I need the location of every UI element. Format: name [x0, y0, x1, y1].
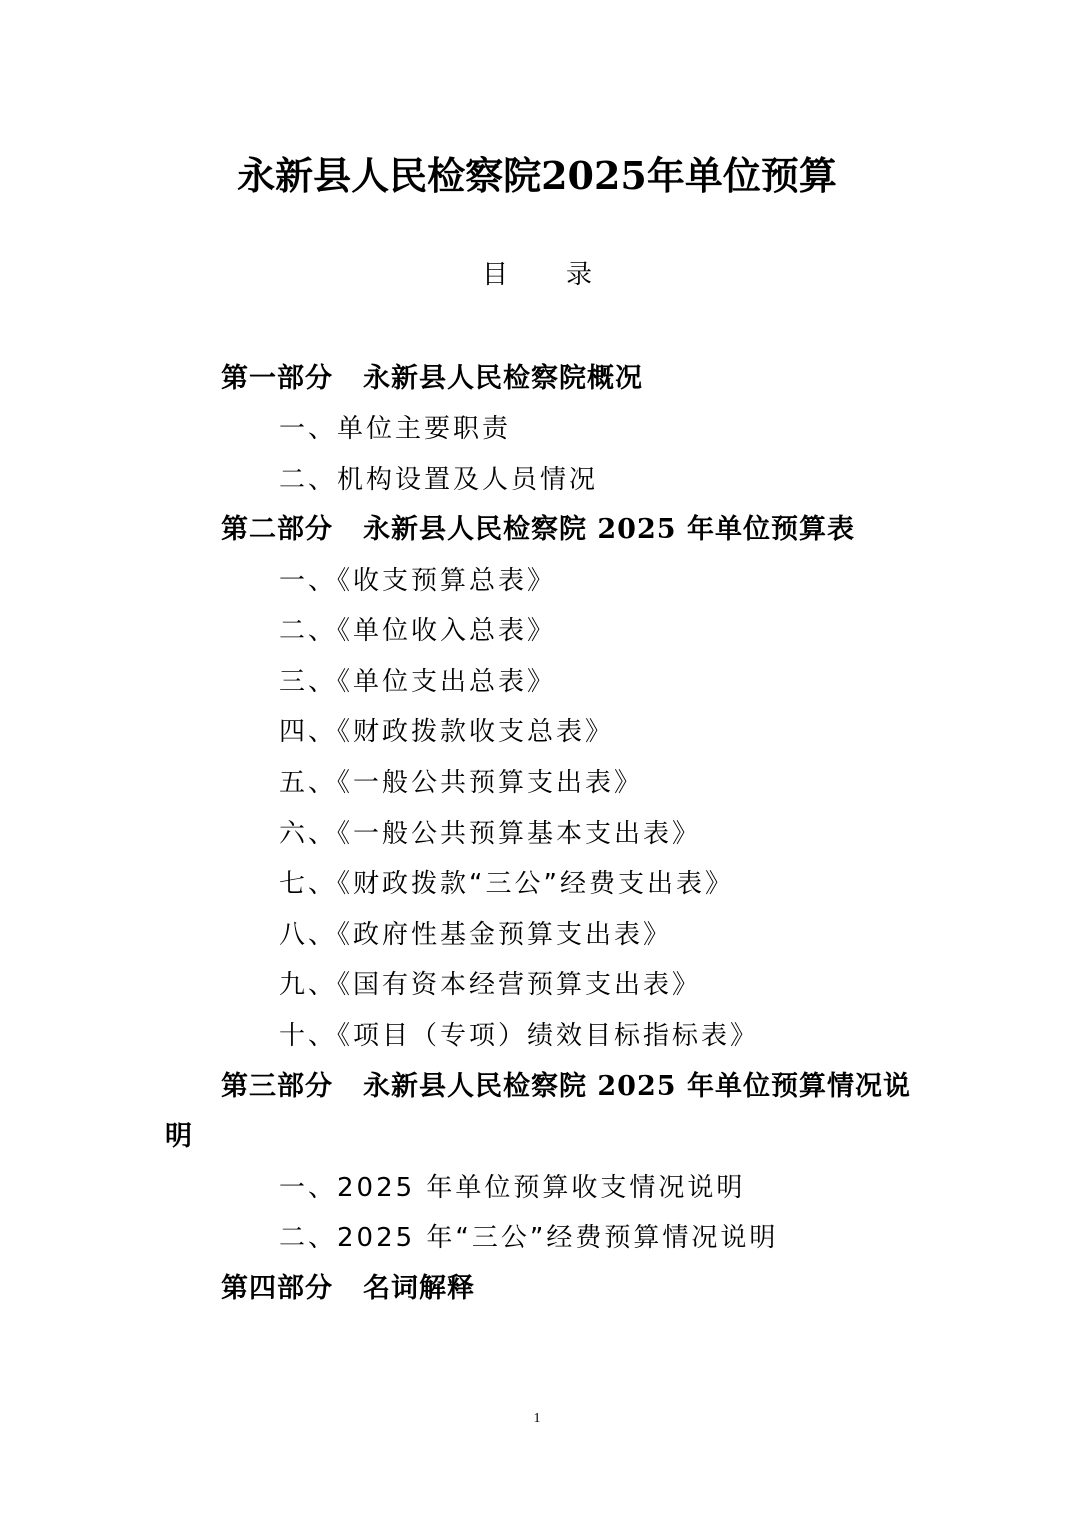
- toc-heading: 目录: [0, 253, 1074, 297]
- part-title: 名词解释: [363, 1273, 475, 1304]
- toc-item[interactable]: 四、《财政拨款收支总表》: [279, 707, 614, 757]
- toc-item[interactable]: 二、机构设置及人员情况: [279, 455, 598, 505]
- toc-item[interactable]: 一、单位主要职责: [279, 404, 511, 454]
- part-title-continuation: 明: [165, 1112, 192, 1162]
- toc-item[interactable]: 七、《财政拨款“三公”经费支出表》: [279, 859, 734, 909]
- toc-item[interactable]: 九、《国有资本经营预算支出表》: [279, 960, 701, 1010]
- part-title: 永新县人民检察院概况: [363, 363, 643, 394]
- toc-item[interactable]: 二、《单位收入总表》: [279, 606, 556, 656]
- toc-heading-char-1: 目: [482, 260, 508, 290]
- part-label: 第四部分: [221, 1273, 333, 1304]
- toc-part-1[interactable]: 第一部分永新县人民检察院概况: [221, 354, 643, 404]
- toc-part-3[interactable]: 第三部分永新县人民检察院 2025 年单位预算情况说: [221, 1062, 911, 1112]
- toc-item[interactable]: 十、《项目（专项）绩效目标指标表》: [279, 1011, 759, 1061]
- document-title: 永新县人民检察院2025年单位预算: [0, 148, 1074, 204]
- toc-part-4[interactable]: 第四部分名词解释: [221, 1264, 475, 1314]
- toc-item[interactable]: 五、《一般公共预算支出表》: [279, 758, 643, 808]
- toc-item[interactable]: 八、《政府性基金预算支出表》: [279, 910, 672, 960]
- toc-heading-char-2: 录: [566, 260, 592, 290]
- part-label: 第三部分: [221, 1071, 333, 1102]
- toc-item[interactable]: 六、《一般公共预算基本支出表》: [279, 809, 701, 859]
- toc-item[interactable]: 二、2025 年“三公”经费预算情况说明: [279, 1213, 778, 1263]
- toc-item[interactable]: 一、2025 年单位预算收支情况说明: [279, 1163, 745, 1213]
- toc-item[interactable]: 三、《单位支出总表》: [279, 657, 556, 707]
- part-label: 第一部分: [221, 363, 333, 394]
- page-number: 1: [0, 1411, 1074, 1427]
- part-title: 永新县人民检察院 2025 年单位预算表: [363, 514, 855, 545]
- part-title: 永新县人民检察院 2025 年单位预算情况说: [363, 1071, 911, 1102]
- toc-item[interactable]: 一、《收支预算总表》: [279, 556, 556, 606]
- part-label: 第二部分: [221, 514, 333, 545]
- toc-part-2[interactable]: 第二部分永新县人民检察院 2025 年单位预算表: [221, 505, 855, 555]
